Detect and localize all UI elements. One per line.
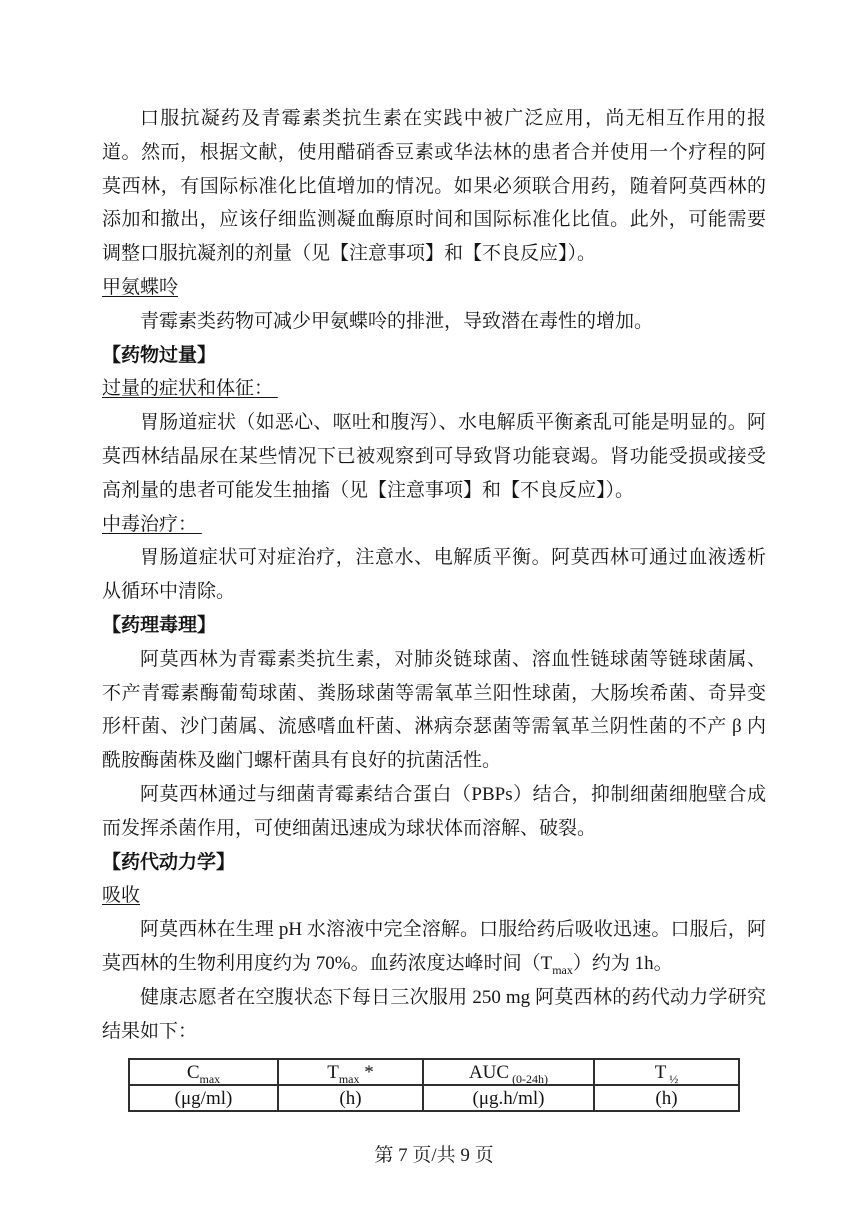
unit-cell-cmax: (μg/ml) — [129, 1085, 278, 1111]
auc-subscript: (0-24h) — [509, 1072, 548, 1086]
tmax-subscript: max — [552, 963, 573, 977]
paragraph-study-intro: 健康志愿者在空腹状态下每日三次服用 250 mg 阿莫西林的药代动力学研究结果如… — [102, 981, 766, 1049]
cmax-label: C — [187, 1062, 200, 1083]
unit-cell-auc: (μg.h/ml) — [423, 1085, 594, 1111]
table-header-row: Cmax Tmax * AUC (0-24h) T ½ — [129, 1059, 739, 1085]
header-cell-tmax: Tmax * — [278, 1059, 423, 1085]
subheading-absorption: 吸收 — [102, 879, 766, 913]
table-units-row: (μg/ml) (h) (μg.h/ml) (h) — [129, 1085, 739, 1111]
paragraph-antibacterial-activity: 阿莫西林为青霉素类抗生素，对肺炎链球菌、溶血性链球菌等链球菌属、不产青霉素酶葡萄… — [102, 643, 766, 778]
document-page: 口服抗凝药及青霉素类抗生素在实践中被广泛应用，尚无相互作用的报道。然而，根据文献… — [0, 0, 868, 1227]
auc-label: AUC — [469, 1062, 509, 1083]
subheading-overdose-symptoms: 过量的症状和体征： — [102, 372, 766, 406]
paragraph-methotrexate: 青霉素类药物可减少甲氨蝶呤的排泄，导致潜在毒性的增加。 — [102, 305, 766, 339]
cmax-subscript: max — [200, 1072, 221, 1086]
section-heading-pharmacology: 【药理毒理】 — [102, 609, 766, 643]
section-heading-pharmacokinetics: 【药代动力学】 — [102, 846, 766, 880]
paragraph-anticoagulant-interaction: 口服抗凝药及青霉素类抗生素在实践中被广泛应用，尚无相互作用的报道。然而，根据文献… — [102, 102, 766, 271]
paragraph-absorption: 阿莫西林在生理 pH 水溶液中完全溶解。口服给药后吸收迅速。口服后，阿莫西林的生… — [102, 913, 766, 981]
section-heading-overdose: 【药物过量】 — [102, 339, 766, 373]
header-cell-thalf: T ½ — [594, 1059, 739, 1085]
absorption-text-post: ）约为 1h。 — [573, 953, 673, 974]
tmax-suffix: * — [360, 1062, 374, 1083]
thalf-subscript: ½ — [666, 1072, 678, 1086]
page-number-footer: 第 7 页/共 9 页 — [0, 1140, 868, 1167]
pk-parameters-table: Cmax Tmax * AUC (0-24h) T ½ (μg/ml) (h) … — [128, 1058, 740, 1112]
subheading-methotrexate: 甲氨蝶呤 — [102, 271, 766, 305]
content-area: 口服抗凝药及青霉素类抗生素在实践中被广泛应用，尚无相互作用的报道。然而，根据文献… — [0, 0, 868, 1112]
paragraph-mechanism: 阿莫西林通过与细菌青霉素结合蛋白（PBPs）结合，抑制细菌细胞壁合成而发挥杀菌作… — [102, 778, 766, 846]
header-cell-cmax: Cmax — [129, 1059, 278, 1085]
unit-cell-thalf: (h) — [594, 1085, 739, 1111]
tmax-subscript: max — [339, 1072, 360, 1086]
tmax-label: T — [327, 1062, 339, 1083]
paragraph-overdose-symptoms: 胃肠道症状（如恶心、呕吐和腹泻）、水电解质平衡紊乱可能是明显的。阿莫西林结晶尿在… — [102, 406, 766, 507]
thalf-label: T — [655, 1062, 667, 1083]
subheading-poisoning-treatment: 中毒治疗： — [102, 508, 766, 542]
header-cell-auc: AUC (0-24h) — [423, 1059, 594, 1085]
paragraph-poisoning-treatment: 胃肠道症状可对症治疗，注意水、电解质平衡。阿莫西林可通过血液透析从循环中清除。 — [102, 541, 766, 609]
unit-cell-tmax: (h) — [278, 1085, 423, 1111]
